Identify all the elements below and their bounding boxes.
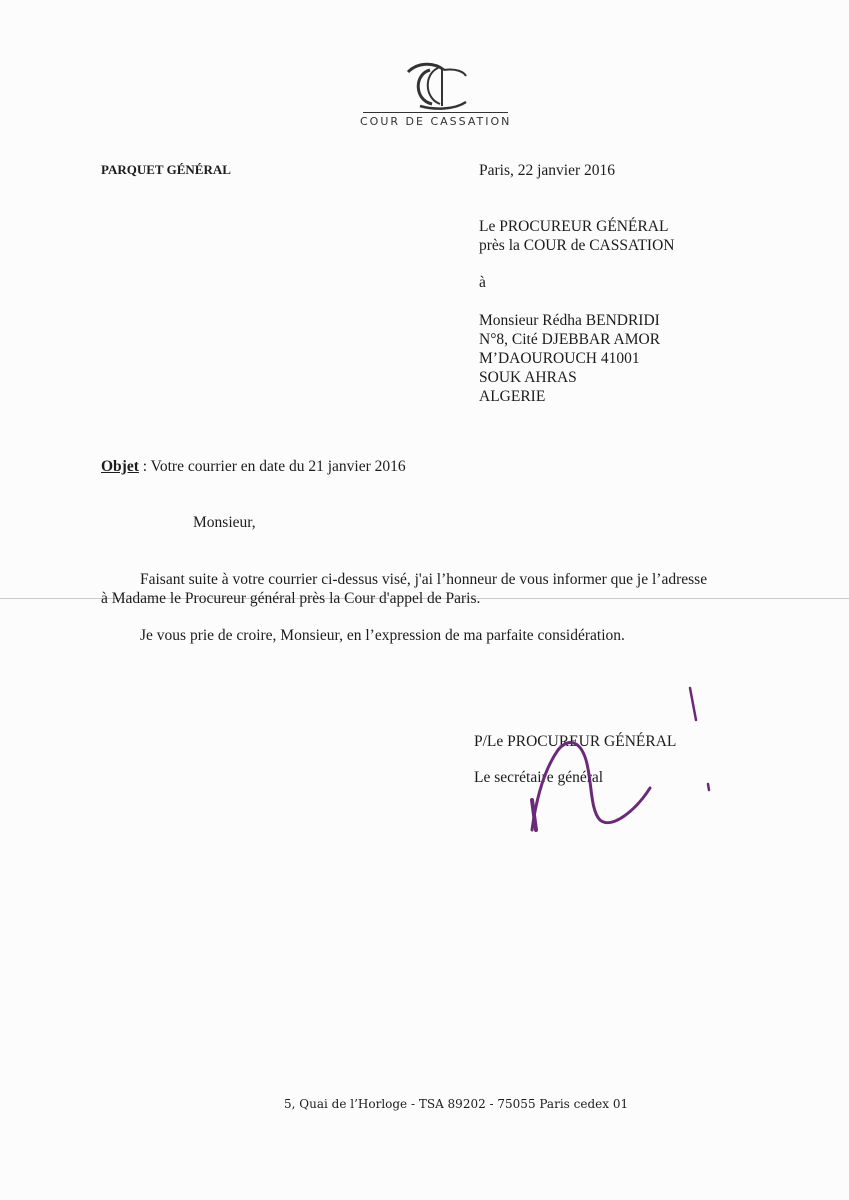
address-line: SOUK AHRAS — [479, 368, 660, 387]
sender-block: Le PROCUREUR GÉNÉRAL près la COUR de CAS… — [479, 217, 674, 255]
subject-line: Objet : Votre courrier en date du 21 jan… — [101, 457, 406, 476]
department-name: PARQUET GÉNÉRAL — [101, 162, 231, 178]
institution-name: COUR DE CASSATION — [360, 115, 510, 128]
address-line: ALGERIE — [479, 387, 660, 406]
letterhead-rule — [363, 112, 508, 113]
address-line: M’DAOUROUCH 41001 — [479, 349, 660, 368]
cour-de-cassation-monogram-icon — [400, 60, 470, 112]
sender-line: près la COUR de CASSATION — [479, 236, 674, 255]
to-word: à — [479, 273, 486, 292]
body-line: Faisant suite à votre courrier ci-dessus… — [140, 570, 707, 589]
recipient-address: Monsieur Rédha BENDRIDI N°8, Cité DJEBBA… — [479, 311, 660, 406]
salutation: Monsieur, — [193, 513, 256, 532]
footer-address: 5, Quai de l’Horloge - TSA 89202 - 75055… — [284, 1097, 628, 1111]
body-line: à Madame le Procureur général près la Co… — [101, 589, 480, 608]
sender-line: Le PROCUREUR GÉNÉRAL — [479, 217, 674, 236]
subject-text: : Votre courrier en date du 21 janvier 2… — [139, 458, 406, 475]
date-line: Paris, 22 janvier 2016 — [479, 161, 615, 180]
subject-label: Objet — [101, 458, 139, 475]
address-line: Monsieur Rédha BENDRIDI — [479, 311, 660, 330]
letterhead: COUR DE CASSATION — [360, 60, 510, 128]
address-line: N°8, Cité DJEBBAR AMOR — [479, 330, 660, 349]
handwritten-signature-icon — [440, 680, 740, 850]
closing-formula: Je vous prie de croire, Monsieur, en l’e… — [140, 626, 625, 645]
